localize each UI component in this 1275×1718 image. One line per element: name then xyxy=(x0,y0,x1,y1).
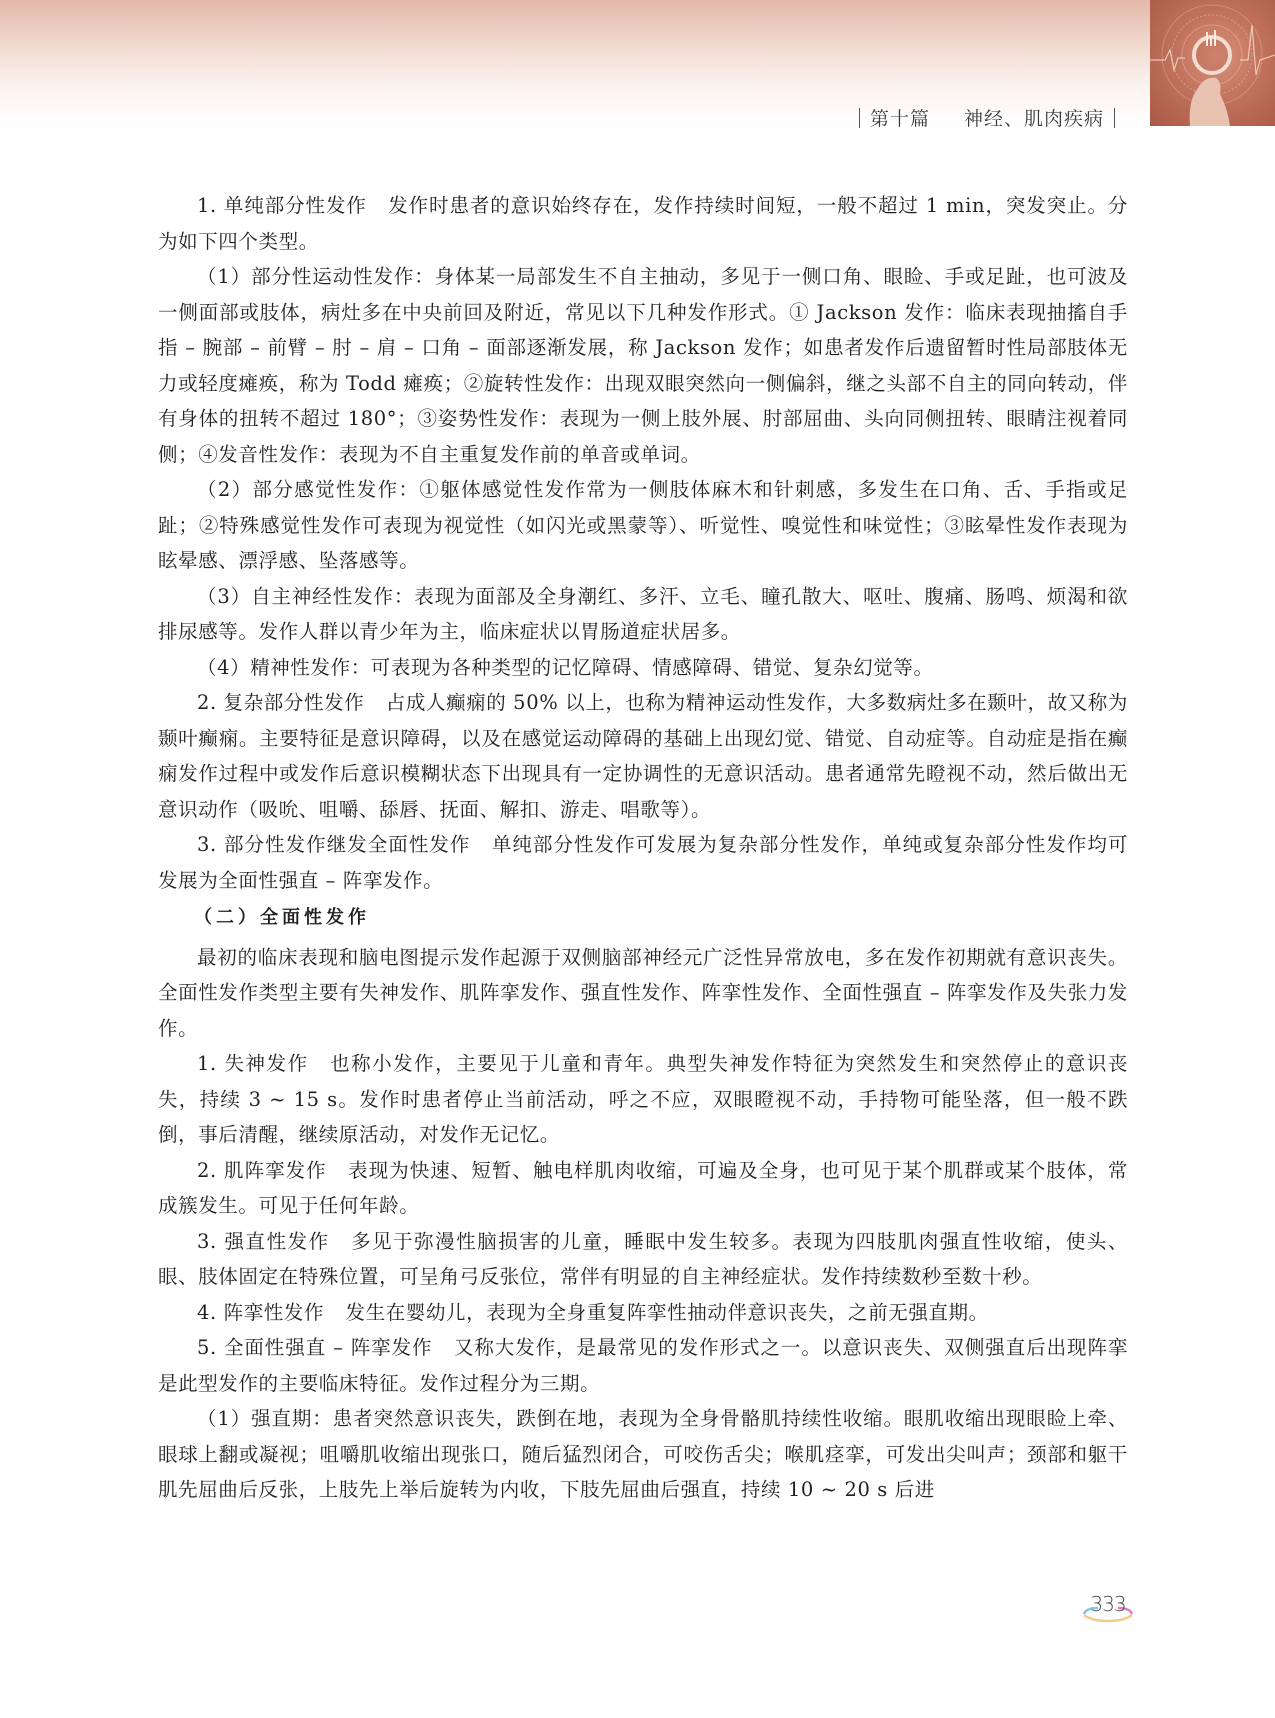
section-heading: （二）全面性发作 xyxy=(158,900,1128,936)
paragraph: （4）精神性发作：可表现为各种类型的记忆障碍、情感障碍、错觉、复杂幻觉等。 xyxy=(158,650,1128,686)
paragraph-lead: 2. 肌阵挛发作 xyxy=(197,1159,327,1182)
paragraph: 1. 失神发作也称小发作，主要见于儿童和青年。典型失神发作特征为突然发生和突然停… xyxy=(158,1046,1128,1153)
paragraph: （3）自主神经性发作：表现为面部及全身潮红、多汗、立毛、瞳孔散大、呕吐、腹痛、肠… xyxy=(158,579,1128,650)
paragraph: 3. 强直性发作多见于弥漫性脑损害的儿童，睡眠中发生较多。表现为四肢肌肉强直性收… xyxy=(158,1224,1128,1295)
part-label: 第十篇 xyxy=(870,104,930,131)
divider xyxy=(859,108,860,128)
paragraph-lead: 1. 单纯部分性发作 xyxy=(197,194,367,217)
paragraph-lead: 5. 全面性强直 – 阵挛发作 xyxy=(197,1336,433,1359)
divider xyxy=(1114,108,1115,128)
paragraph: 2. 复杂部分性发作占成人癫痫的 50% 以上，也称为精神运动性发作，大多数病灶… xyxy=(158,685,1128,827)
stethoscope-hand-image xyxy=(1150,0,1275,126)
stethoscope-icon xyxy=(1150,0,1275,126)
paragraph-lead: 3. 部分性发作继发全面性发作 xyxy=(197,833,470,856)
paragraph: （1）强直期：患者突然意识丧失，跌倒在地，表现为全身骨骼肌持续性收缩。眼肌收缩出… xyxy=(158,1401,1128,1508)
paragraph-lead: 2. 复杂部分性发作 xyxy=(197,691,364,714)
paragraph: 4. 阵挛性发作发生在婴幼儿，表现为全身重复阵挛性抽动伴意识丧失，之前无强直期。 xyxy=(158,1295,1128,1331)
paragraph-lead: 4. 阵挛性发作 xyxy=(197,1301,324,1324)
paragraph-lead: 1. 失神发作 xyxy=(197,1052,309,1075)
paragraph-lead: 3. 强直性发作 xyxy=(197,1230,330,1253)
paragraph: 5. 全面性强直 – 阵挛发作又称大发作，是最常见的发作形式之一。以意识丧失、双… xyxy=(158,1330,1128,1401)
running-header: 第十篇 神经、肌肉疾病 xyxy=(859,104,1115,131)
paragraph: 3. 部分性发作继发全面性发作单纯部分性发作可发展为复杂部分性发作，单纯或复杂部… xyxy=(158,827,1128,898)
paragraph: 最初的临床表现和脑电图提示发作起源于双侧脑部神经元广泛性异常放电，多在发作初期就… xyxy=(158,940,1128,1047)
body-text: 1. 单纯部分性发作发作时患者的意识始终存在，发作持续时间短，一般不超过 1 m… xyxy=(158,188,1128,1508)
paragraph: （2）部分感觉性发作：①躯体感觉性发作常为一侧肢体麻木和针刺感，多发生在口角、舌… xyxy=(158,472,1128,579)
paragraph: 2. 肌阵挛发作表现为快速、短暂、触电样肌肉收缩，可遍及全身，也可见于某个肌群或… xyxy=(158,1153,1128,1224)
paragraph: 1. 单纯部分性发作发作时患者的意识始终存在，发作持续时间短，一般不超过 1 m… xyxy=(158,188,1128,259)
paragraph: （1）部分性运动性发作：身体某一局部发生不自主抽动，多见于一侧口角、眼睑、手或足… xyxy=(158,259,1128,472)
page-number: 333 xyxy=(1078,1592,1138,1632)
chapter-title: 神经、肌肉疾病 xyxy=(964,104,1104,131)
